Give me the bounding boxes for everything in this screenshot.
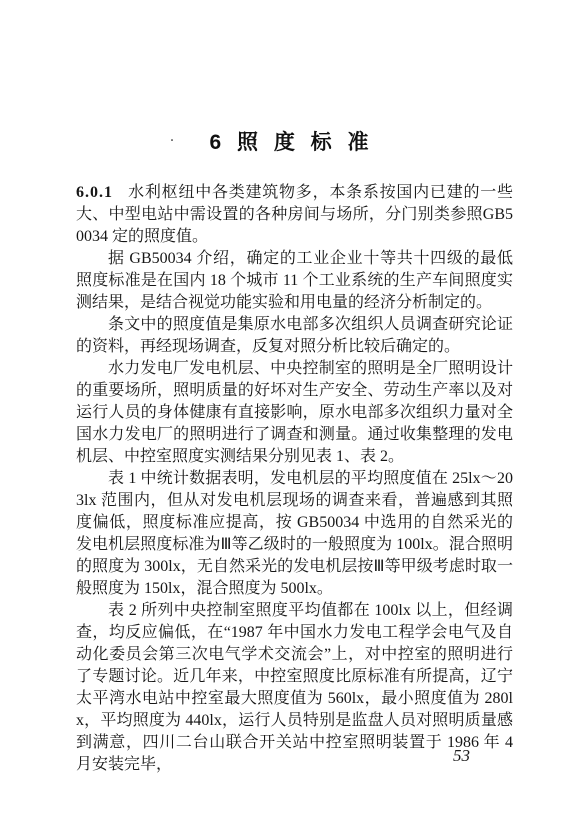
paragraph-clause-6-0-1: 6.0.1水利枢纽中各类建筑物多，本条系按国内已建的一些大、中型电站中需设置的各… — [76, 182, 513, 248]
paragraph: 水力发电厂发电机层、中央控制室的照明是全厂照明设计的重要场所，照明质量的好坏对生… — [76, 358, 513, 468]
paragraph: 据 GB50034 介绍，确定的工业企业十等共十四级的最低照度标准是在国内 18… — [76, 248, 513, 314]
document-page: . 6 照 度 标 准 6.0.1水利枢纽中各类建筑物多，本条系按国内已建的一些… — [0, 0, 583, 826]
paragraph: 条文中的照度值是集原水电部多次组织人员调查研究论证的资料，再经现场调查，反复对照… — [76, 314, 513, 358]
chapter-title: 6 照 度 标 准 — [0, 126, 583, 156]
page-number: 53 — [453, 746, 470, 766]
paragraph: 表 2 所列中央控制室照度平均值都在 100lx 以上，但经调查，均反应偏低，在… — [76, 600, 513, 776]
body-text: 6.0.1水利枢纽中各类建筑物多，本条系按国内已建的一些大、中型电站中需设置的各… — [76, 182, 513, 776]
clause-text: 水利枢纽中各类建筑物多，本条系按国内已建的一些大、中型电站中需设置的各种房间与场… — [76, 184, 513, 245]
paragraph: 表 1 中统计数据表明，发电机层的平均照度值在 25lx～203lx 范围内，但… — [76, 468, 513, 600]
clause-number: 6.0.1 — [76, 184, 113, 201]
